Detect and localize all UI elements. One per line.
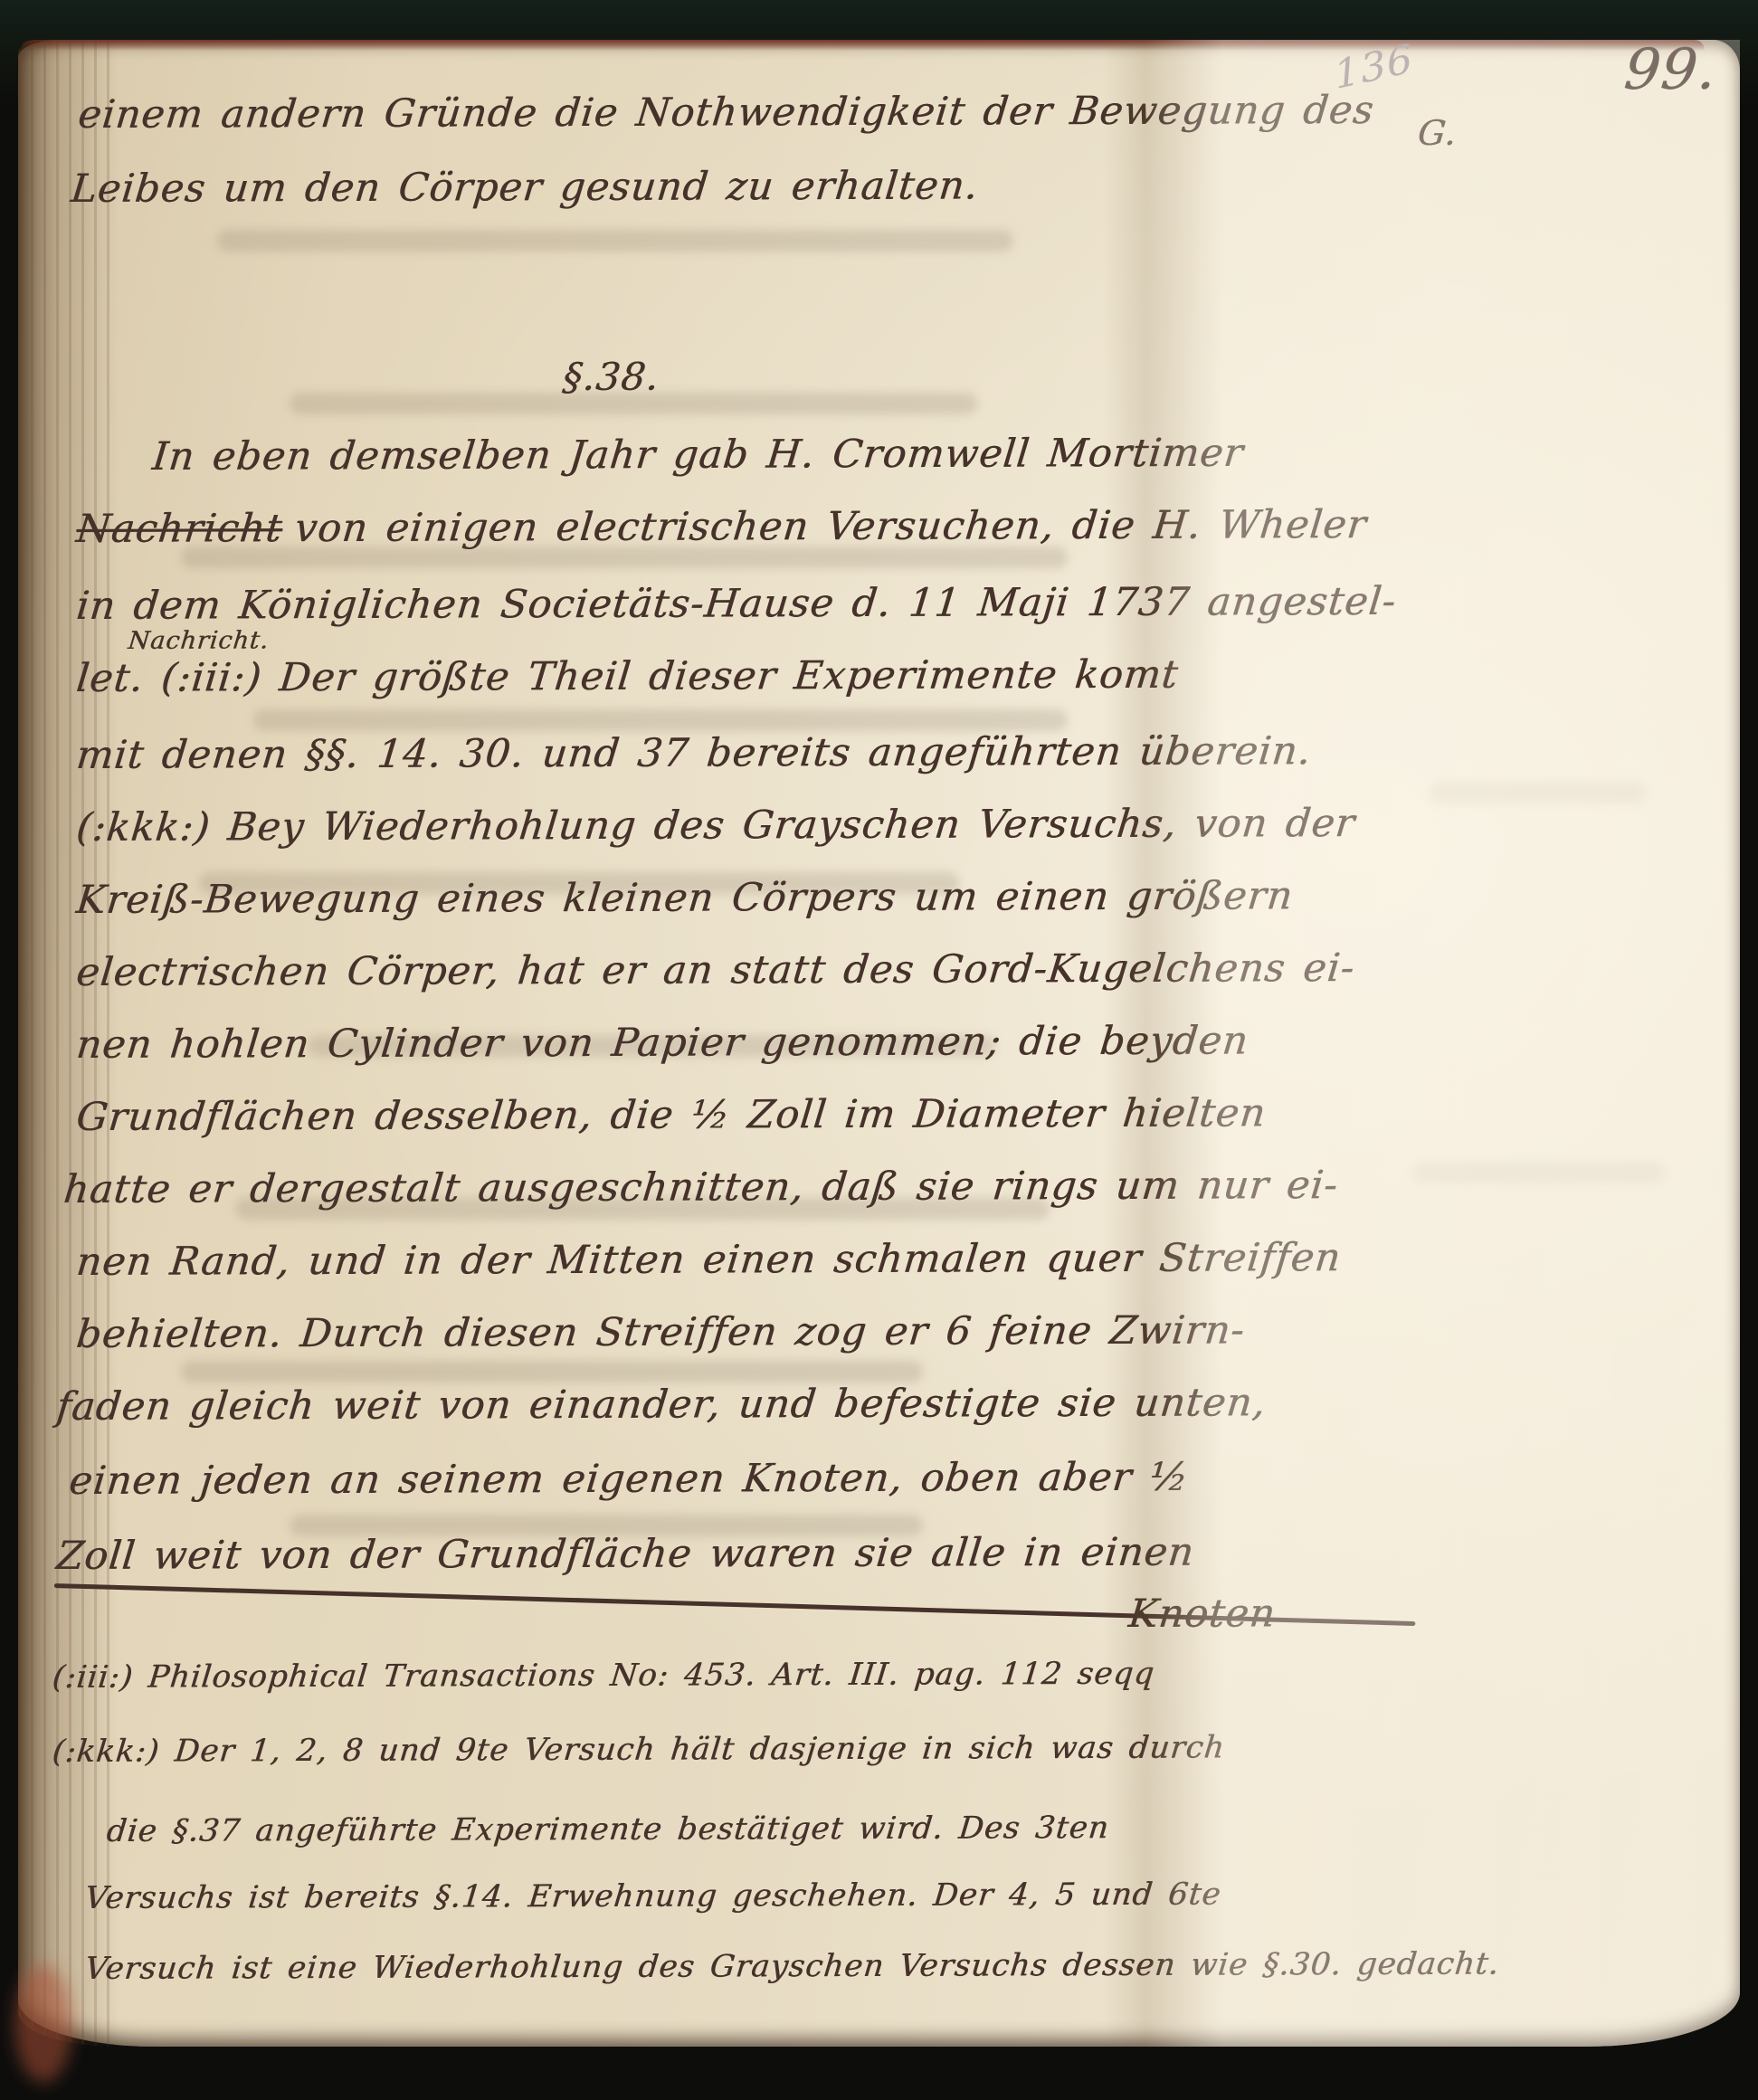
letter-mark: G. <box>1416 113 1459 153</box>
manuscript-line: electrischen Cörper, hat er an statt des… <box>74 945 1357 995</box>
bleed-through-texture <box>1411 1162 1665 1183</box>
manuscript-line: Grundflächen desselben, die ½ Zoll im Di… <box>74 1090 1269 1140</box>
footnote-line: (:iii:) Philosophical Transactions No: 4… <box>51 1656 1156 1696</box>
struck-out-word: Nachricht <box>74 506 285 552</box>
manuscript-line: mit denen §§. 14. 30. und 37 bereits ang… <box>74 728 1314 778</box>
bleed-through-texture <box>253 709 1068 731</box>
manuscript-line: behielten. Durch diesen Streiffen zog er… <box>74 1307 1247 1357</box>
section-heading: §.38. <box>561 355 661 399</box>
footnote-line: Versuch ist eine Wiederhohlung des Grays… <box>83 1946 1501 1987</box>
manuscript-line: Leibes um den Cörper gesund zu erhalten. <box>69 164 981 212</box>
manuscript-line: In eben demselben Jahr gab H. Cromwell M… <box>150 431 1246 480</box>
page-number: 99. <box>1621 36 1720 102</box>
manuscript-line: (:kkk:) Bey Wiederhohlung des Grayschen … <box>74 801 1357 850</box>
manuscript-line: Nachrichtvon einigen electrischen Versuc… <box>74 502 1369 552</box>
bleed-through-texture <box>181 1361 923 1383</box>
manuscript-line: faden gleich weit von einander, und befe… <box>54 1380 1269 1430</box>
manuscript-line: einem andern Gründe die Nothwendigkeit d… <box>76 88 1376 138</box>
scanned-book-photo: 136 G. 99. einem andern Gründe die Nothw… <box>0 0 1758 2100</box>
footnote-line: die §.37 angeführte Experimente bestätig… <box>105 1810 1111 1849</box>
manuscript-line: in dem Königlichen Societäts-Hause d. 11… <box>74 579 1399 629</box>
manuscript-line: let. (:iii:) Der größte Theil dieser Exp… <box>74 652 1181 701</box>
footnote-line: Versuchs ist bereits §.14. Erwehnung ges… <box>83 1877 1223 1916</box>
red-edge-smudge <box>14 1965 72 2083</box>
bleed-through-texture <box>217 230 1013 252</box>
red-page-edge <box>22 40 1705 51</box>
manuscript-line-text: von einigen electrischen Versuchen, die … <box>292 502 1368 551</box>
manuscript-line: Zoll weit von der Grundfläche waren sie … <box>54 1530 1196 1579</box>
manuscript-line: Kreiß-Bewegung eines kleinen Cörpers um … <box>74 873 1296 923</box>
bleed-through-texture <box>1430 782 1647 803</box>
manuscript-line: nen Rand, und in der Mitten einen schmal… <box>74 1235 1344 1285</box>
footnote-line: (:kkk:) Der 1, 2, 8 und 9te Versuch hält… <box>51 1729 1227 1770</box>
interline-insertion: Nachricht. <box>127 626 271 655</box>
manuscript-line: hatte er dergestalt ausgeschnitten, daß … <box>62 1163 1340 1212</box>
manuscript-page: 136 G. 99. einem andern Gründe die Nothw… <box>18 40 1740 2047</box>
manuscript-line: einen jeden an seinem eigenen Knoten, ob… <box>67 1455 1191 1504</box>
manuscript-line: nen hohlen Cylinder von Papier genommen;… <box>74 1018 1250 1068</box>
